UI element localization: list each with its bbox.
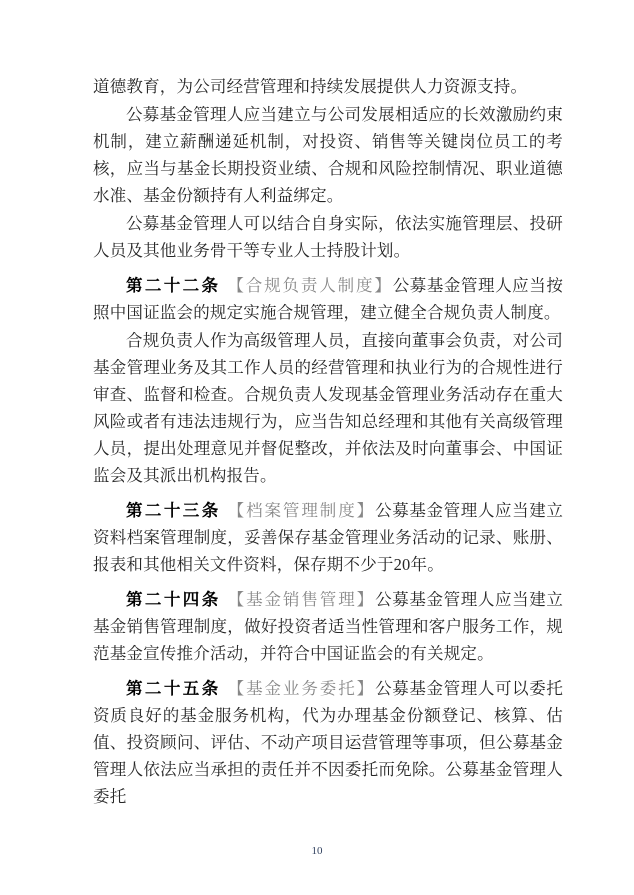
article-number: 第二十五条 — [126, 679, 221, 698]
paragraph: 公募基金管理人应当建立与公司发展相适应的长效激励约束机制，建立薪酬递延机制，对投… — [93, 101, 563, 209]
article-number: 第二十二条 — [126, 276, 220, 295]
paragraph: 合规负责人作为高级管理人员，直接向董事会负责，对公司基金管理业务及其工作人员的经… — [93, 327, 563, 489]
page-number: 10 — [0, 845, 634, 857]
paragraph: 道德教育，为公司经营管理和持续发展提供人力资源支持。 — [93, 73, 563, 100]
document-body: 道德教育，为公司经营管理和持续发展提供人力资源支持。公募基金管理人应当建立与公司… — [93, 73, 563, 810]
document-page: 道德教育，为公司经营管理和持续发展提供人力资源支持。公募基金管理人应当建立与公司… — [0, 0, 634, 895]
body-text-run: 道德教育，为公司经营管理和持续发展提供人力资源支持。 — [93, 77, 527, 96]
article-number: 第二十三条 — [126, 501, 221, 520]
body-text-run: 公募基金管理人可以结合自身实际，依法实施管理层、投研人员及其他业务骨干等专业人士… — [93, 214, 563, 260]
body-text-run: 公募基金管理人可以委托资质良好的基金服务机构，代为办理基金份额登记、核算、估值、… — [93, 679, 563, 806]
article-title-bracket: 【基金业务委托】 — [228, 679, 375, 698]
body-text-run: 公募基金管理人应当建立与公司发展相适应的长效激励约束机制，建立薪酬递延机制，对投… — [93, 105, 563, 205]
article-paragraph: 第二十五条【基金业务委托】公募基金管理人可以委托资质良好的基金服务机构，代为办理… — [93, 675, 563, 810]
article-paragraph: 第二十二条【合规负责人制度】公募基金管理人应当按照中国证监会的规定实施合规管理，… — [93, 272, 563, 326]
article-paragraph: 第二十三条【档案管理制度】公募基金管理人应当建立资料档案管理制度，妥善保存基金管… — [93, 497, 563, 578]
article-title-bracket: 【合规负责人制度】 — [227, 276, 392, 295]
article-title-bracket: 【基金销售管理】 — [228, 590, 375, 609]
article-title-bracket: 【档案管理制度】 — [228, 501, 375, 520]
article-number: 第二十四条 — [126, 590, 221, 609]
body-text-run: 合规负责人作为高级管理人员，直接向董事会负责，对公司基金管理业务及其工作人员的经… — [93, 331, 563, 485]
paragraph: 公募基金管理人可以结合自身实际，依法实施管理层、投研人员及其他业务骨干等专业人士… — [93, 210, 563, 264]
article-paragraph: 第二十四条【基金销售管理】公募基金管理人应当建立基金销售管理制度，做好投资者适当… — [93, 586, 563, 667]
